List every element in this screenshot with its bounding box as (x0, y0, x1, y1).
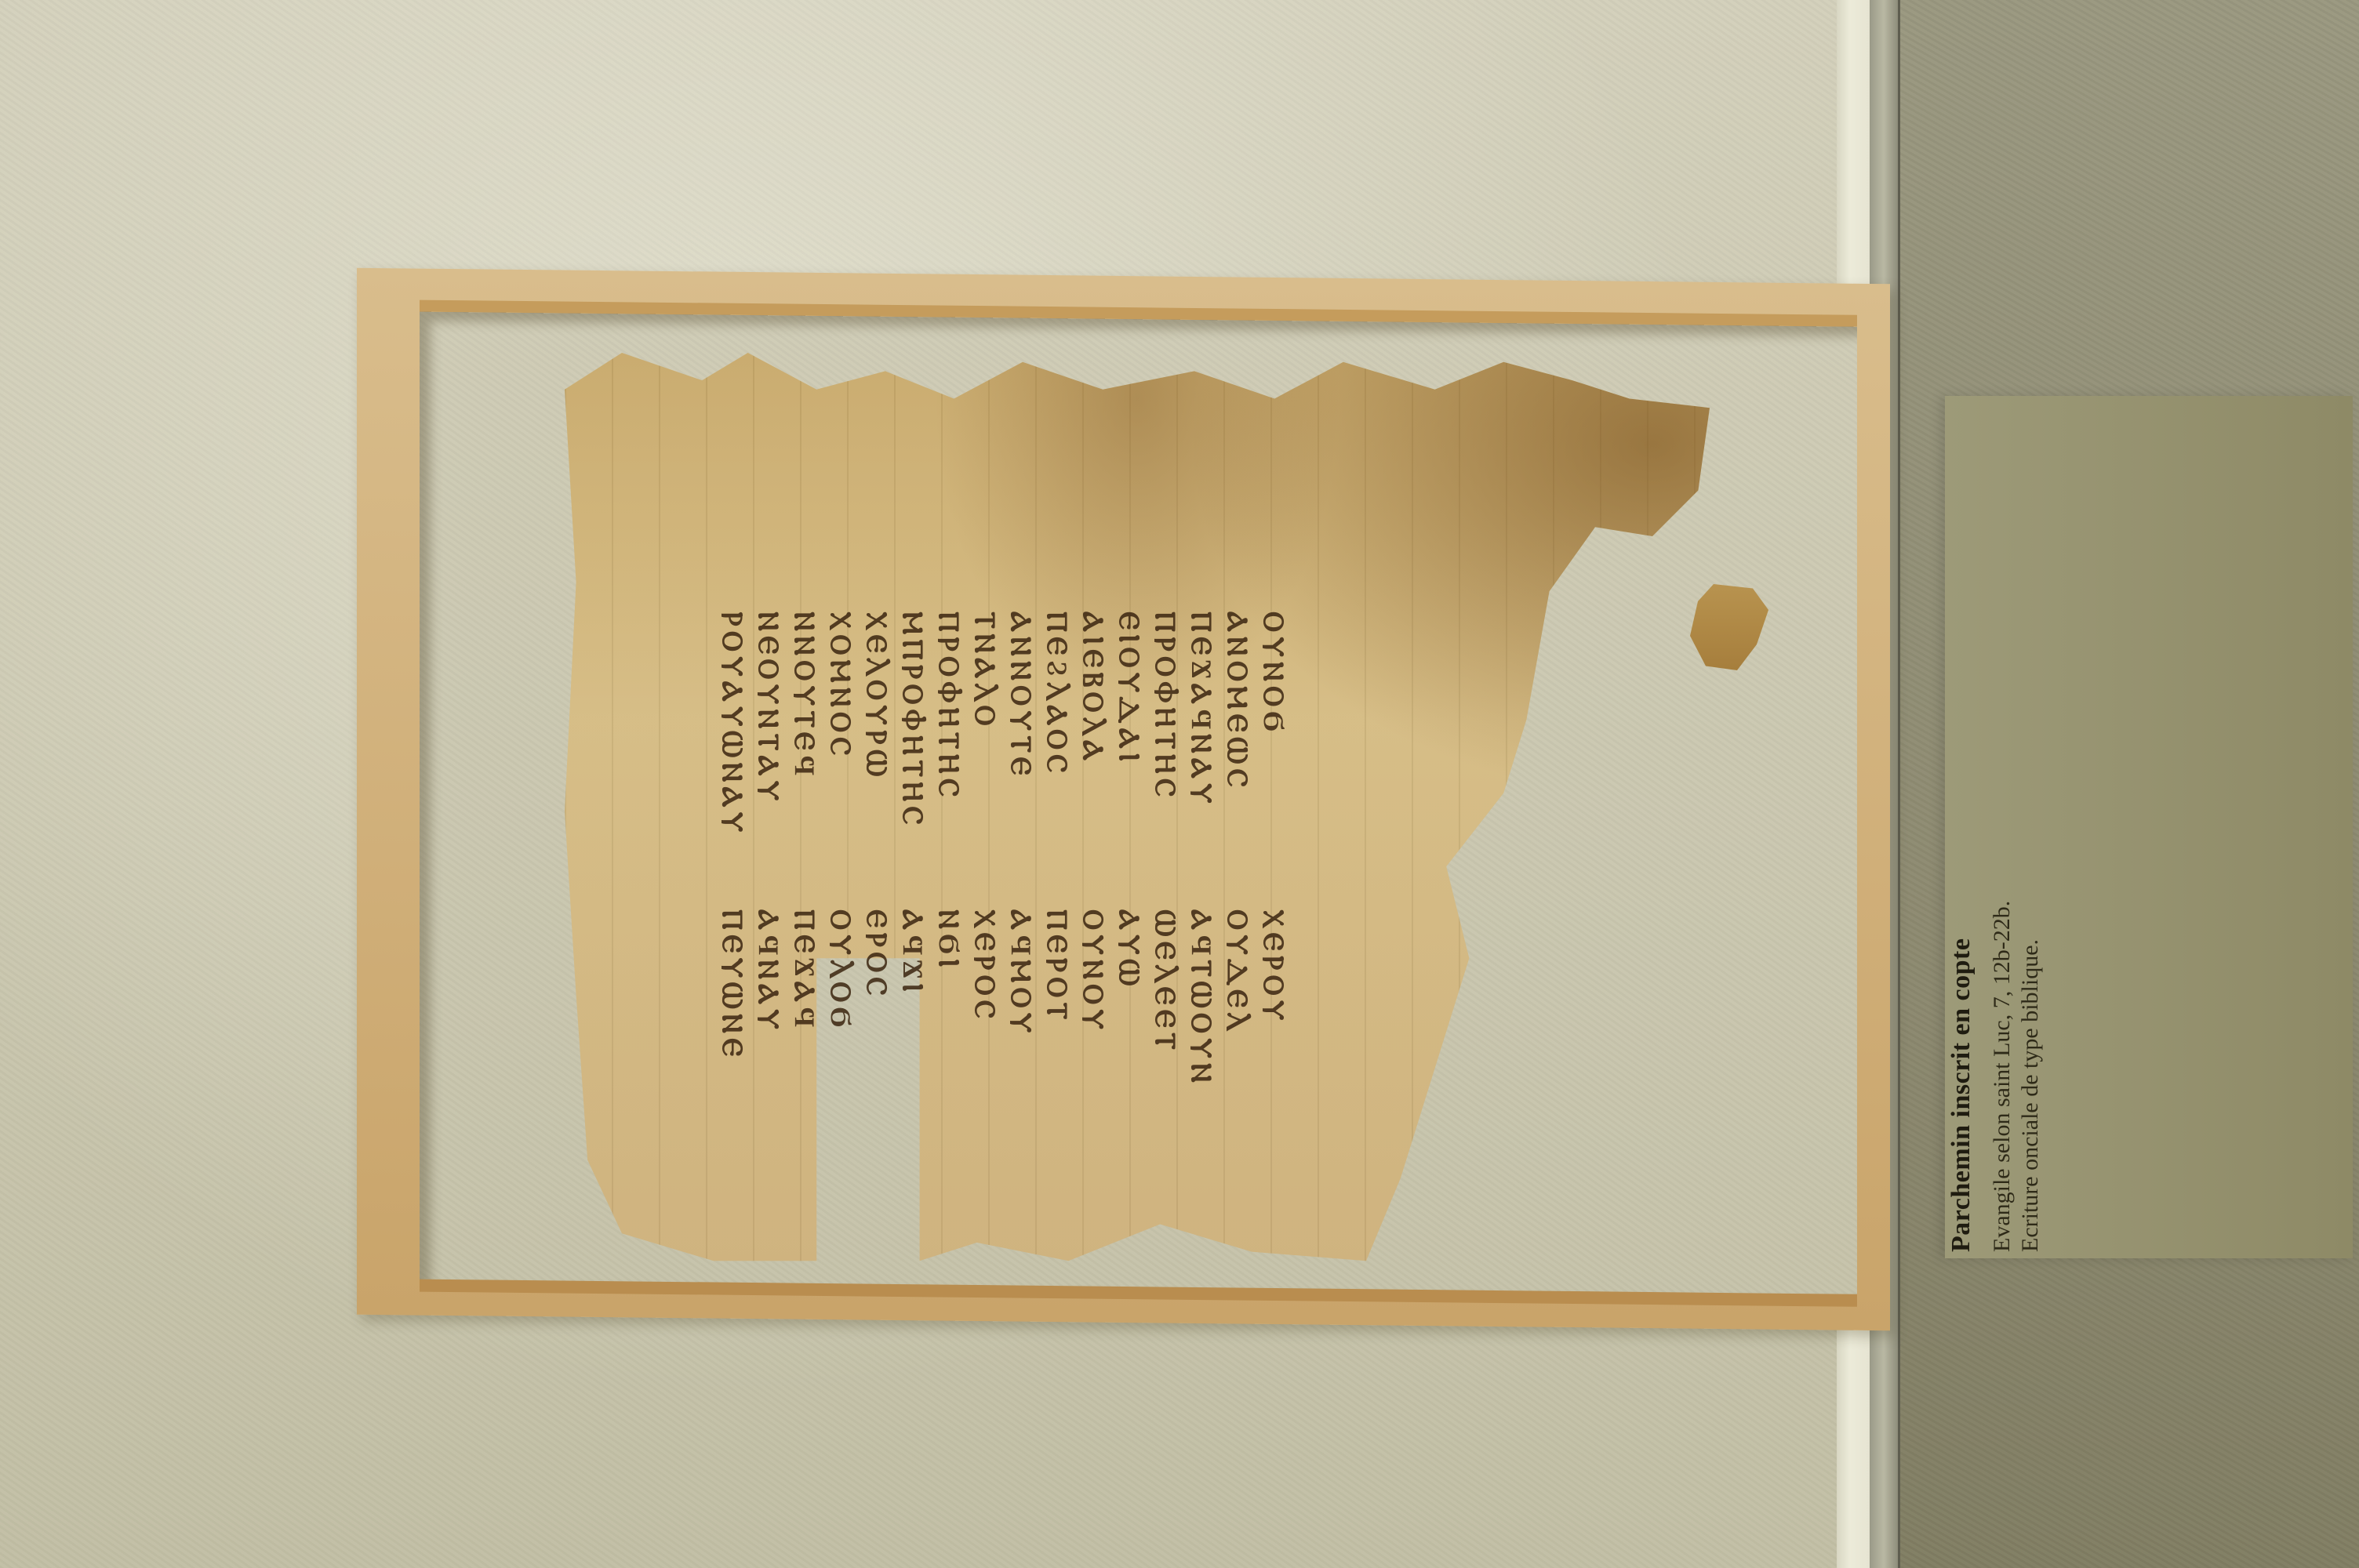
manuscript-line: ⲚϬⲒ (938, 909, 963, 1192)
manuscript-text-lower: ⲠⲈⲨⲰⲚⲈ ⲀϤⲚⲀⲨ ⲠⲈϪⲀϤ ⲞⲨⲖⲞϬ ⲈⲢⲞⲤ ⲀϤϪⲒ ⲚϬⲒ Ⲭ… (722, 909, 1506, 1192)
manuscript-line: ⲞⲨⲖⲞϬ (830, 909, 855, 1192)
manuscript-line: ⲀϤⲚⲀⲨ (758, 909, 783, 1192)
manuscript-line: ⲠⲈⲢⲞⲦ (1046, 909, 1071, 1192)
manuscript-line: ⲀⲨⲰ (1118, 909, 1143, 1192)
manuscript-line: ⲠⲈⲨⲰⲚⲈ (722, 909, 747, 1192)
manuscript-line: ⲰⲈⲖⲈⲈⲦ (1154, 909, 1179, 1192)
label-description-line-2: Ecriture onciale de type biblique. (2017, 939, 2044, 1252)
manuscript-line: ⲈⲢⲞⲤ (866, 909, 891, 1192)
label-title: Parchemin inscrit en copte (1946, 938, 1976, 1252)
manuscript-line: ⲀϤⲦⲰⲞⲨⲚ (1190, 909, 1216, 1192)
manuscript-line: ⲬⲈⲢⲞⲨ (1263, 909, 1288, 1192)
manuscript-line: ⲀϤⲘⲞⲨ (1010, 909, 1035, 1192)
label-description-line-1: Evangile selon saint Luc, 7, 12b-22b. (1989, 901, 2016, 1252)
manuscript-line: ⲞⲨⲚⲞⲨ (1082, 909, 1107, 1192)
exhibit-label: Parchemin inscrit en copte Evangile selo… (1945, 396, 2353, 1258)
manuscript-line: ⲀϤϪⲒ (902, 909, 927, 1192)
manuscript-line: ⲠⲈϪⲀϤ (794, 909, 819, 1192)
manuscript-line: ⲬⲈⲢⲞⲤ (974, 909, 999, 1192)
manuscript-line: ⲞⲨⲆⲈⲖ (1227, 909, 1252, 1192)
